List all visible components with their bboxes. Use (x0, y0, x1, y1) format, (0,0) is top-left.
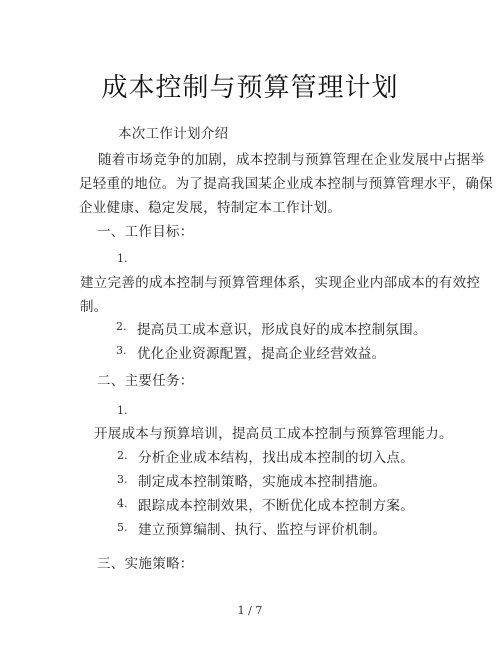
list-item-text: 建立完善的成本控制与预算管理体系，实现企业内部成本的有效控 (80, 271, 480, 291)
list-item-text: 分析企业成本结构，找出成本控制的切入点。 (138, 446, 414, 466)
list-item-text: 制定成本控制策略，实施成本控制措施。 (138, 470, 386, 490)
list-item-text: 提高员工成本意识，形成良好的成本控制氛围。 (137, 318, 427, 338)
section1-heading: 一、工作目标： (97, 220, 194, 240)
list-item-text: 制。 (80, 295, 108, 315)
section2-heading: 二、主要任务： (97, 369, 194, 389)
list-item-text: 优化企业资源配置，提高企业经营效益。 (137, 342, 385, 362)
document-title: 成本控制与预算管理计划 (0, 67, 500, 104)
section3-heading: 三、实施策略： (97, 552, 194, 572)
intro-line-2: 足轻重的地位。为了提高我国某企业成本控制与预算管理水平，确保 (79, 172, 493, 192)
intro-line-3: 企业健康、稳定发展，特制定本工作计划。 (79, 196, 341, 216)
list-number: 2. (116, 320, 127, 333)
page-indicator: 1 / 7 (0, 604, 500, 617)
list-number: 5. (117, 521, 128, 534)
list-item-text: 开展成本与预算培训，提高员工成本控制与预算管理能力。 (94, 422, 453, 442)
list-number: 1. (117, 252, 128, 265)
intro-line-1: 随着市场竞争的加剧，成本控制与预算管理在企业发展中占据举 (98, 148, 484, 168)
list-number: 4. (117, 497, 128, 510)
list-item-text: 跟踪成本控制效果，不断优化成本控制方案。 (138, 494, 414, 514)
list-item-text: 建立预算编制、执行、监控与评价机制。 (138, 518, 386, 538)
list-number: 2. (117, 449, 128, 462)
document-page: 成本控制与预算管理计划 本次工作计划介绍 随着市场竞争的加剧，成本控制与预算管理… (0, 0, 500, 647)
list-number: 3. (117, 473, 128, 486)
list-number: 1. (117, 404, 128, 417)
list-number: 3. (116, 344, 127, 357)
intro-heading: 本次工作计划介绍 (118, 122, 228, 142)
